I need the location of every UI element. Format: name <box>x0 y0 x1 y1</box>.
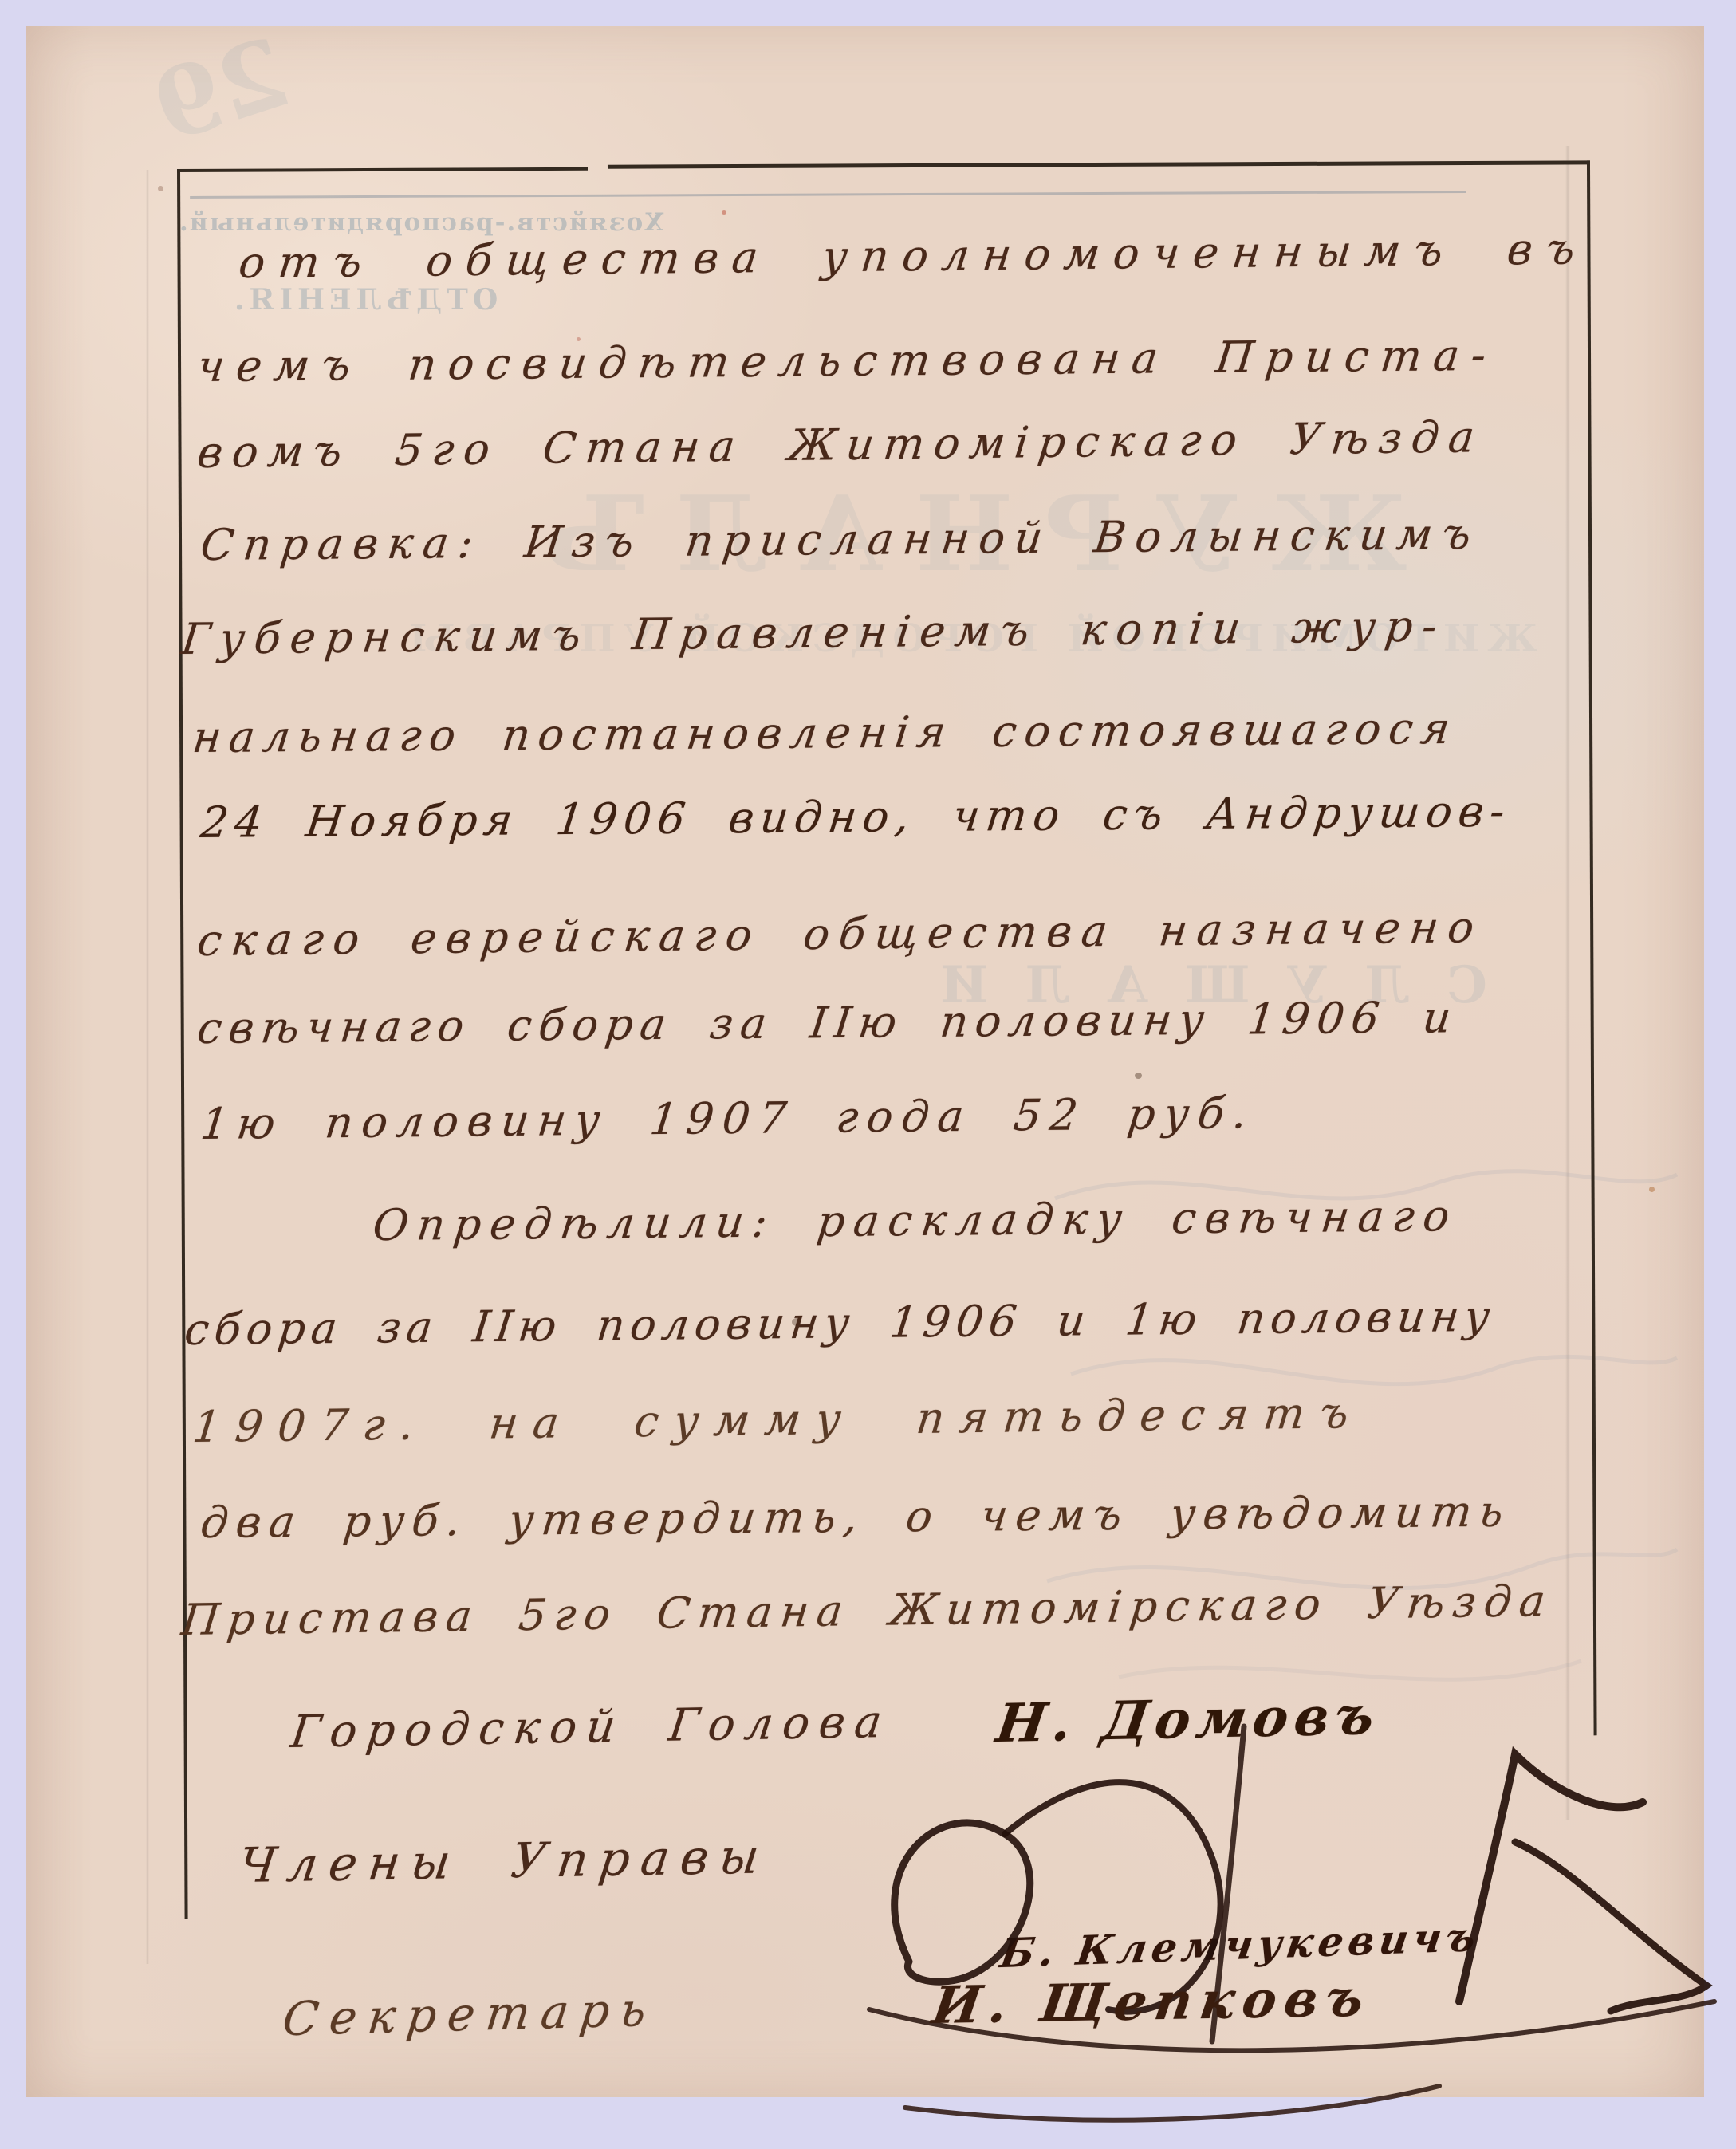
manuscript-line: Опредѣлили: раскладку свѣчнаго <box>370 1191 1461 1250</box>
secretary-title: Секретарь <box>280 1982 660 2047</box>
secretary-signature-flourish <box>893 2072 1451 2135</box>
frame-left-line <box>177 169 188 1919</box>
ink-speck <box>158 186 163 191</box>
frame-right-line <box>1587 160 1597 1735</box>
frame-top-line-left <box>177 167 588 172</box>
manuscript-line: нальнаго постановленія состоявшагося <box>190 703 1460 762</box>
secretary-signature: И. Щепковъ <box>929 1968 1376 2036</box>
ink-speck <box>1649 1187 1655 1192</box>
ink-speck <box>722 210 726 215</box>
members-signature-flourish <box>766 1722 1736 2097</box>
ink-speck <box>1135 1073 1142 1079</box>
document-scan: 29 Хозяйств.-распорядительный. ОТДѢЛЕНІЯ… <box>0 0 1736 2149</box>
frame-top-line-right <box>608 160 1590 168</box>
members-title: Члены Управы <box>236 1828 774 1894</box>
frame-top-shadow-line <box>190 191 1466 199</box>
paper-sheet: 29 Хозяйств.-распорядительный. ОТДѢЛЕНІЯ… <box>26 26 1704 2097</box>
